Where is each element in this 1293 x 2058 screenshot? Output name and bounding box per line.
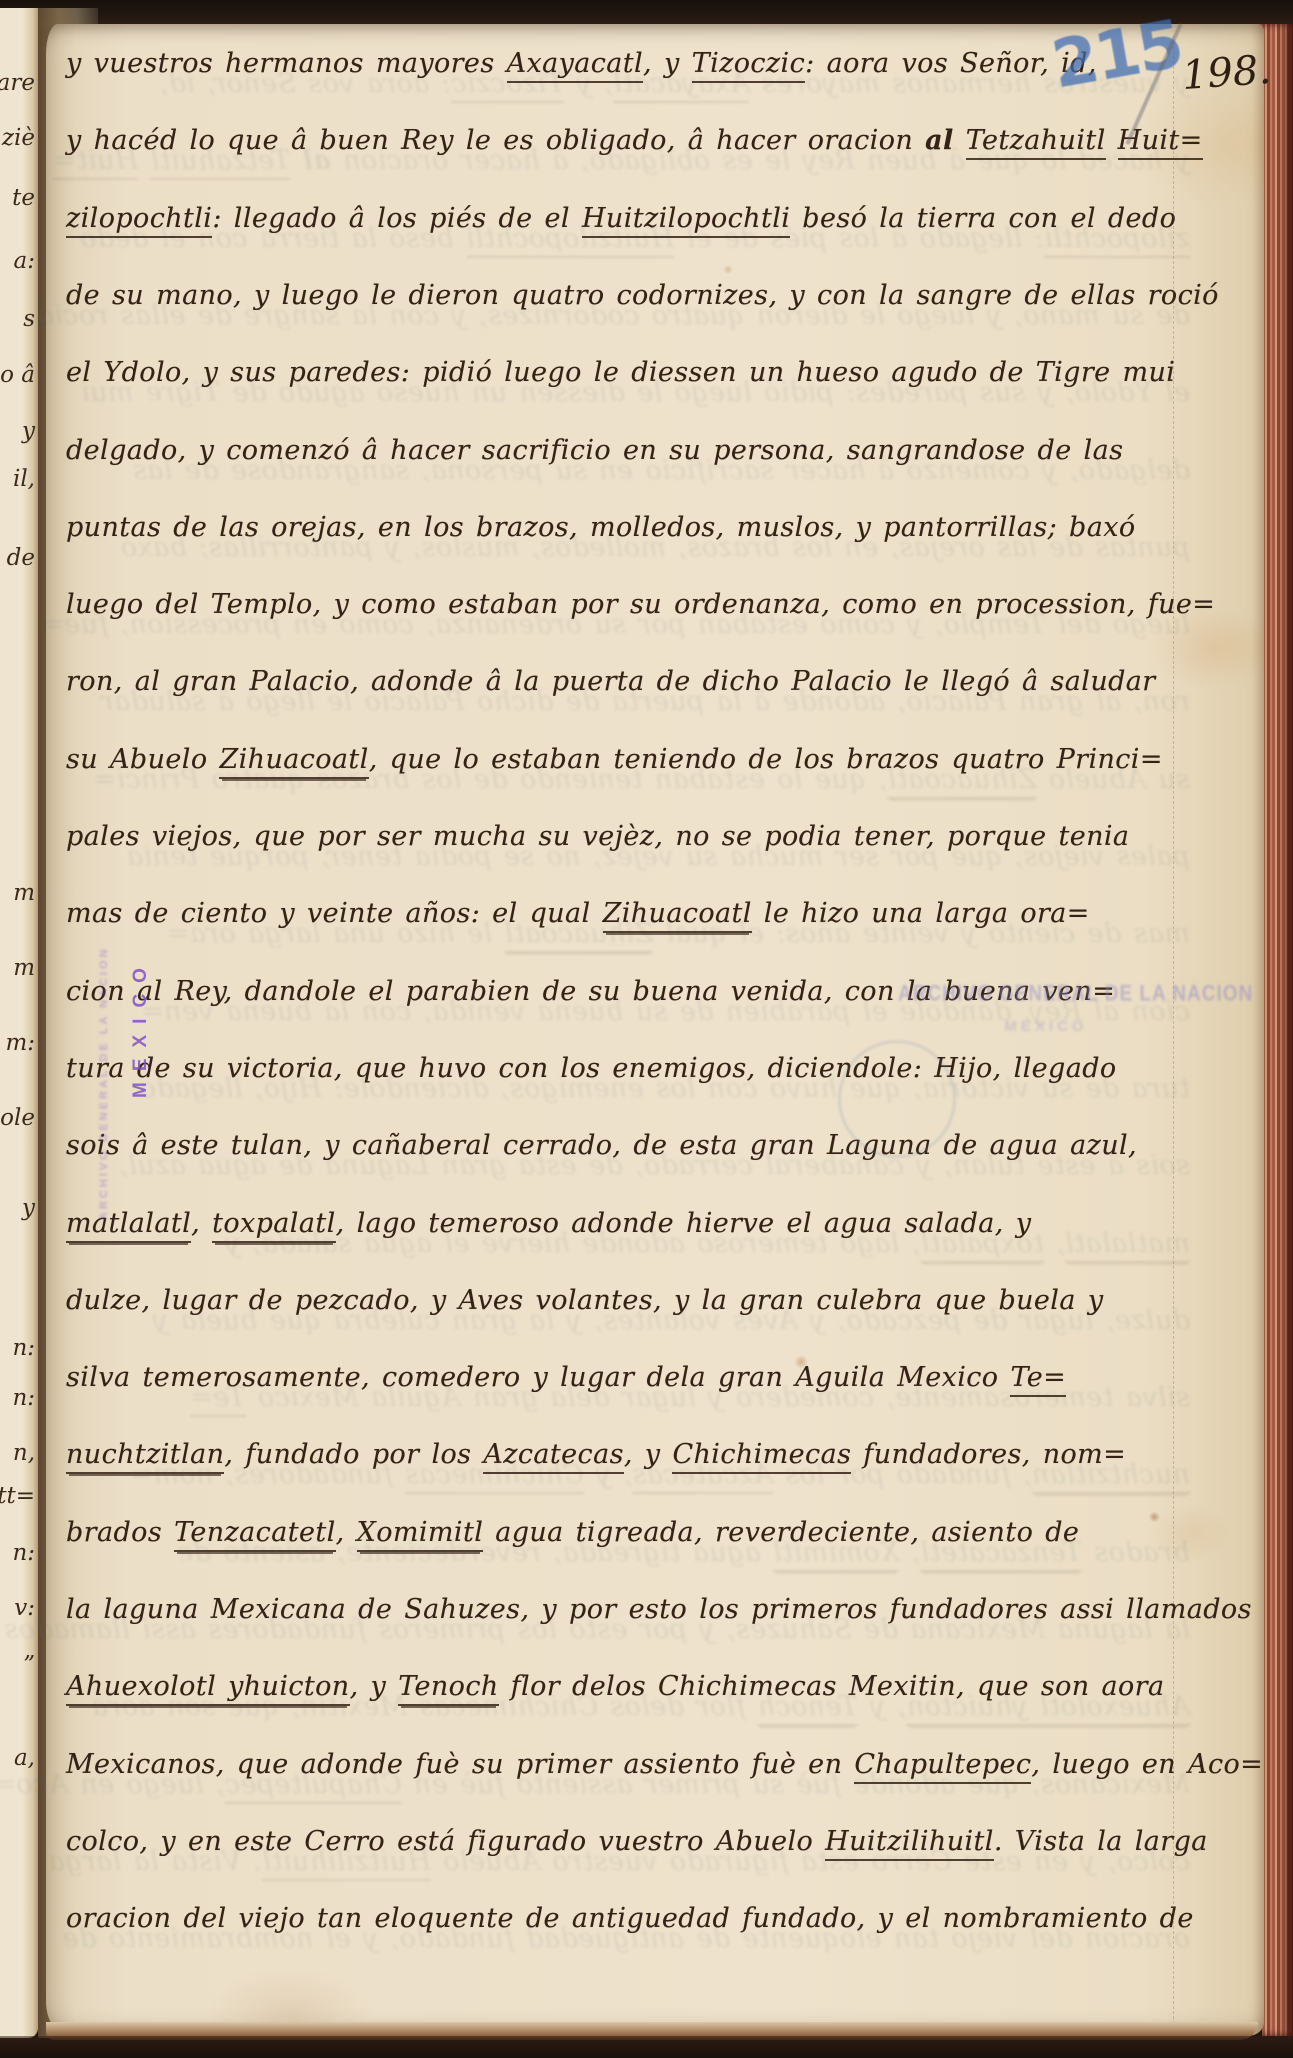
underlined-name: Chichimecas <box>672 1439 851 1474</box>
manuscript-line: zilopochtli: llegado â los piés de el Hu… <box>66 203 1190 234</box>
facing-page-text-fragment: y <box>22 418 35 444</box>
text-run: dulze, lugar de pezcado, y Aves volantes… <box>66 1285 1103 1316</box>
facing-page-text-fragment: are <box>0 70 35 96</box>
text-run: pales viejos, que por ser mucha su vejèz… <box>66 821 1129 852</box>
text-run: , y <box>643 48 692 79</box>
circular-stamp-trace <box>838 1040 956 1158</box>
facing-page-text-fragment: tt= <box>0 1483 35 1509</box>
text-run: agua tigreada, reverdeciente, asiento de <box>483 1517 1079 1548</box>
text-run: el Ydolo, y sus paredes: pidió luego le … <box>66 357 1175 388</box>
manuscript-line: Ahuexolotl yhuicton, y Tenoch flor delos… <box>66 1671 1190 1702</box>
text-run: colco, y en este Cerro está figurado vue… <box>66 1826 825 1857</box>
manuscript-line: silva temerosamente, comedero y lugar de… <box>66 1362 1190 1393</box>
text-run: , luego en Aco= <box>1031 1749 1263 1780</box>
text-run: , y <box>624 1439 673 1470</box>
underlined-name: Tetzahuitl <box>966 125 1106 160</box>
underlined-name: Azcatecas <box>483 1439 623 1474</box>
archive-stamp-horizontal-sub: MEXICO <box>976 1018 1116 1035</box>
facing-page-text-fragment: il, <box>13 466 35 492</box>
facing-page-text-fragment: m <box>13 955 35 981</box>
manuscript-line: Mexicanos, que adonde fuè su primer assi… <box>66 1749 1190 1780</box>
facing-page-text-fragment: te <box>12 185 35 211</box>
underlined-name: Huitzilopochtli <box>582 203 790 238</box>
text-run: , <box>336 1517 357 1548</box>
facing-page-text-fragment: n: <box>12 1540 35 1566</box>
underlined-name: Zihuacoatl <box>219 744 368 779</box>
manuscript-line: puntas de las orejas, en los brazos, mol… <box>66 512 1190 543</box>
manuscript-line: ron, al gran Palacio, adonde â la puerta… <box>66 666 1190 697</box>
text-run: le hizo una larga ora= <box>752 898 1090 929</box>
underlined-name: Xomimitl <box>357 1517 484 1552</box>
facing-page-text-fragment: a: <box>14 248 35 274</box>
facing-page-edge: areziètea:so âyil,demmm:oleyn:n:n,tt=n:v… <box>0 8 38 2038</box>
manuscript-page: y vuestros hermanos mayores Axayacatl, y… <box>46 24 1264 2036</box>
manuscript-line: su Abuelo Zihuacoatl, que lo estaban ten… <box>66 744 1190 775</box>
book-fore-edge <box>1262 24 1293 2036</box>
underlined-name: Tenzacatetl <box>174 1517 336 1552</box>
facing-page-text-fragment: n, <box>13 1440 35 1466</box>
underlined-name: nuchtzitlan <box>66 1439 224 1474</box>
facing-page-text-fragment: de <box>7 545 35 571</box>
text-run: puntas de las orejas, en los brazos, mol… <box>66 512 1136 543</box>
text-run: luego del Templo, y como estaban por su … <box>66 589 1215 620</box>
text-run: Mexicanos, que adonde fuè su primer assi… <box>66 1749 854 1780</box>
text-run: delgado, y comenzó â hacer sacrificio en… <box>66 435 1123 466</box>
text-run: oracion del viejo tan eloquente de antig… <box>66 1903 1194 1934</box>
underlined-name: Chapultepec <box>854 1749 1031 1784</box>
manuscript-line: colco, y en este Cerro está figurado vue… <box>66 1826 1190 1857</box>
text-run: de su mano, y luego le dieron quatro cod… <box>66 280 1219 311</box>
archive-stamp-vertical-faint: ARCHIVO GENERAL DE LA NACION <box>98 860 110 1220</box>
manuscript-line: pales viejos, que por ser mucha su vejèz… <box>66 821 1190 852</box>
underlined-name: Te= <box>1010 1362 1066 1397</box>
text-run <box>1106 125 1118 156</box>
manuscript-line: delgado, y comenzó â hacer sacrificio en… <box>66 435 1190 466</box>
text-run: tura de su victoria, que huvo con los en… <box>66 1053 1117 1084</box>
page-crease-line <box>1173 36 1174 2024</box>
underlined-name: Zihuacoatl <box>603 898 752 933</box>
text-run: su Abuelo <box>66 744 219 775</box>
manuscript-line: mas de ciento y veinte años: el qual Zih… <box>66 898 1190 929</box>
underlined-name: Huitzilihuitl <box>825 1826 994 1861</box>
facing-page-text-fragment: a, <box>14 1745 35 1771</box>
facing-page-text-fragment: ole <box>0 1105 35 1131</box>
text-run: flor delos Chichimecas Mexitin, que son … <box>499 1671 1165 1702</box>
manuscript-line: la laguna Mexicana de Sahuzes, y por est… <box>66 1594 1190 1625</box>
text-run: . Vista la larga <box>994 1826 1208 1857</box>
manuscript-line: nuchtzitlan, fundado por los Azcatecas, … <box>66 1439 1190 1470</box>
manuscript-line: y hacéd lo que â buen Rey le es obligado… <box>66 125 1190 156</box>
manuscript-line: el Ydolo, y sus paredes: pidió luego le … <box>66 357 1190 388</box>
text-run: , y <box>350 1671 399 1702</box>
text-run: , fundado por los <box>224 1439 483 1470</box>
facing-page-text-fragment: y <box>22 1195 35 1221</box>
text-run: ron, al gran Palacio, adonde â la puerta… <box>66 666 1156 697</box>
manuscript-line: tura de su victoria, que huvo con los en… <box>66 1053 1190 1084</box>
facing-page-text-fragment: o â <box>0 362 35 388</box>
manuscript-line: luego del Templo, y como estaban por su … <box>66 589 1190 620</box>
folio-number: 198. <box>1181 47 1273 99</box>
manuscript-line: sois â este tulan, y cañaberal cerrado, … <box>66 1130 1190 1161</box>
text-run: la laguna Mexicana de Sahuzes, y por est… <box>66 1594 1252 1625</box>
underlined-name: Tenoch <box>398 1671 498 1706</box>
book-photo: areziètea:so âyil,demmm:oleyn:n:n,tt=n:v… <box>0 0 1293 2058</box>
underlined-name: Ahuexolotl yhuicton <box>66 1671 350 1706</box>
text-run: : llegado â los piés de el <box>212 203 582 234</box>
manuscript-line: oracion del viejo tan eloquente de antig… <box>66 1903 1190 1934</box>
facing-page-text-fragment: m: <box>5 1030 35 1056</box>
manuscript-line: y vuestros hermanos mayores Axayacatl, y… <box>66 48 1190 79</box>
facing-page-text-fragment: ziè <box>2 125 35 151</box>
facing-page-text-fragment: ” <box>23 1652 35 1678</box>
archive-stamp-vertical-mexico: MEXICO <box>130 916 152 1098</box>
text-run: brados <box>66 1517 174 1548</box>
manuscript-line: dulze, lugar de pezcado, y Aves volantes… <box>66 1285 1190 1316</box>
underlined-name: toxpalatl <box>212 1208 336 1243</box>
text-run: sois â este tulan, y cañaberal cerrado, … <box>66 1130 1137 1161</box>
facing-page-text-fragment: m <box>13 880 35 906</box>
text-run: , que lo estaban teniendo de los brazos … <box>369 744 1163 775</box>
underlined-name: Tizoczic <box>692 48 805 83</box>
text-run: y hacéd lo que â buen Rey le es obligado… <box>66 125 925 156</box>
facing-page-text-fragment: s <box>23 306 35 332</box>
manuscript-line: matlalatl, toxpalatl, lago temeroso adon… <box>66 1208 1190 1239</box>
text-run: y vuestros hermanos mayores <box>66 48 507 79</box>
book-binding-bottom <box>0 2036 1293 2058</box>
underlined-name: zilopochtli <box>66 203 212 238</box>
text-run <box>954 125 966 156</box>
manuscript-line: de su mano, y luego le dieron quatro cod… <box>66 280 1190 311</box>
facing-page-text-fragment: n: <box>12 1385 35 1411</box>
text-run: al <box>925 125 954 156</box>
text-run: , <box>191 1208 212 1239</box>
facing-page-text-fragment: n: <box>12 1335 35 1361</box>
archive-stamp-horizontal: ARCHIVO GENERAL DE LA NACION <box>898 982 1188 1007</box>
underlined-name: matlalatl <box>66 1208 191 1243</box>
text-run: , lago temeroso adonde hierve el agua sa… <box>336 1208 1032 1239</box>
text-run: silva temerosamente, comedero y lugar de… <box>66 1362 1010 1393</box>
manuscript-line: brados Tenzacatetl, Xomimitl agua tigrea… <box>66 1517 1190 1548</box>
text-run: fundadores, nom= <box>851 1439 1126 1470</box>
underlined-name: Axayacatl <box>507 48 643 83</box>
text-run: besó la tierra con el dedo <box>790 203 1176 234</box>
